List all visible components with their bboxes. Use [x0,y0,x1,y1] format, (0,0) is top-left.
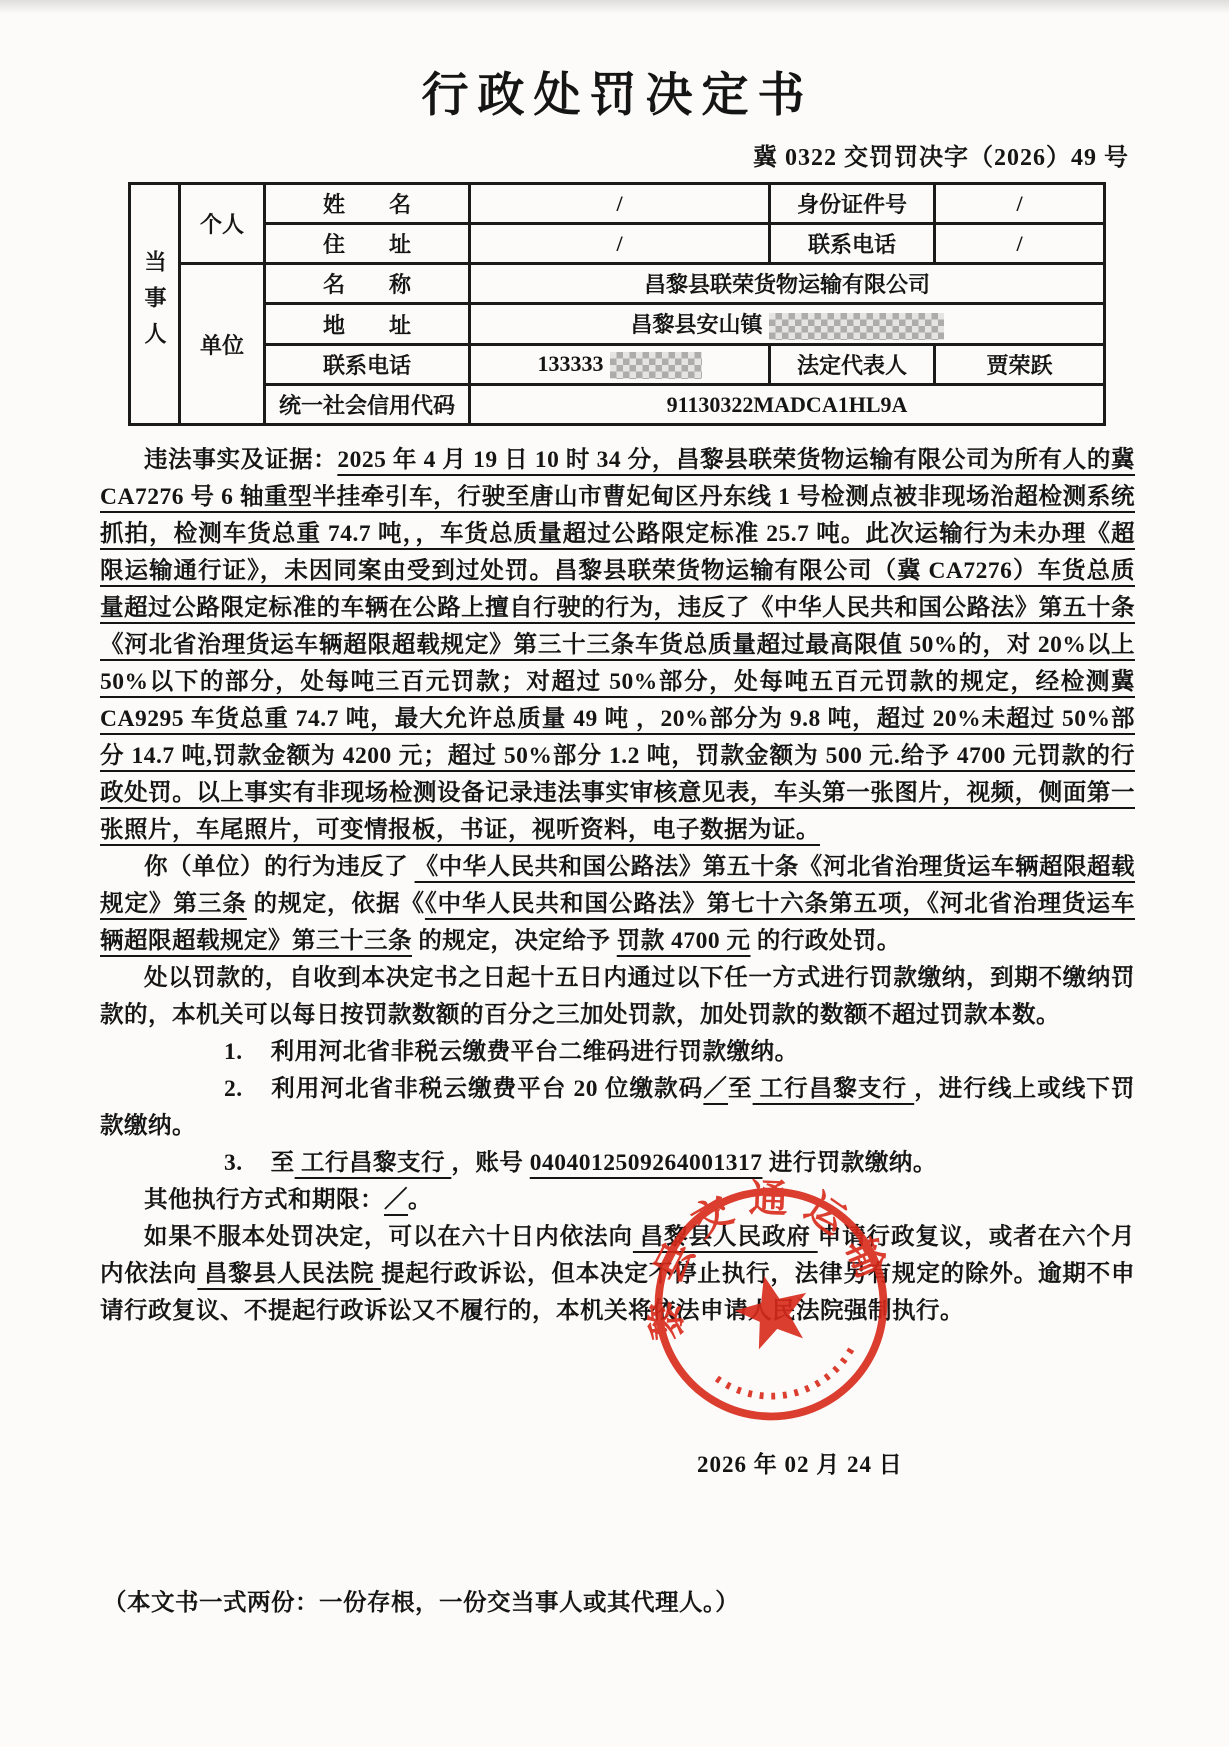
doc-number: 冀 0322 交罚罚决字（2026）49 号 [100,137,1135,172]
table-row: 联系电话 133333 法定代表人 贾荣跃 [130,345,1105,385]
list-number: 2. [162,1071,243,1108]
id-value-cell: / [935,184,1105,224]
table-row: 统一社会信用代码 91130322MADCA1HL9A [130,385,1105,425]
violation-paragraph: 你（单位）的行为违反了 《中华人民共和国公路法》第五十条《河北省治理货运车辆超限… [100,849,1135,960]
decision-date: 2026 年 02 月 24 日 [697,1446,903,1479]
name-value-cell: / [470,184,770,224]
other-methods-text: 。 [408,1187,432,1213]
violation-seg: 的规定，依据《 [247,891,425,917]
other-methods-paragraph: 其他执行方式和期限：／。 [100,1182,1135,1219]
table-row: 住 址 / 联系电话 / [130,224,1105,264]
payment-method-text: 进行罚款缴纳。 [763,1150,937,1176]
credit-code-value-cell: 91130322MADCA1HL9A [470,385,1105,425]
redaction-mosaic [769,313,944,340]
person-label-cell: 个人 [180,184,265,264]
party-label-cell: 当事人 [130,184,180,425]
list-number: 1. [162,1034,243,1071]
other-methods-label: 其他执行方式和期限： [144,1187,384,1213]
appeal-paragraph: 如果不服本处罚决定，可以在六十日内依法向 昌黎县人民政府 申请行政复议，或者在六… [100,1219,1135,1330]
unit-address-label-cell: 地 址 [265,304,470,345]
payment-method-2: 2.利用河北省非税云缴费平台 20 位缴款码／至 工行昌黎支行 ，进行线上或线下… [100,1071,1135,1145]
unit-phone-text: 133333 [538,351,604,376]
legal-rep-value-cell: 贾荣跃 [935,345,1105,385]
blank-slash: ／ [703,1076,728,1102]
facts-text: 2025 年 4 月 19 日 10 时 34 分，昌黎县联荣货物运输有限公司为… [100,447,1135,843]
violation-seg: 你（单位）的行为违反了 [144,854,415,880]
fine-amount: 罚款 4700 元 [617,928,751,954]
violation-seg: 的行政处罚。 [751,928,901,954]
payment-method-1: 1.利用河北省非税云缴费平台二维码进行罚款缴纳。 [100,1034,1135,1071]
unit-address-value-cell: 昌黎县安山镇 [470,304,1105,345]
legal-rep-label-cell: 法定代表人 [770,345,935,385]
penalty-decision-document: 行政处罚决定书 冀 0322 交罚罚决字（2026）49 号 当事人 个人 姓 … [0,0,1229,1747]
payment-method-text: ，账号 [451,1150,529,1176]
unit-name-value-cell: 昌黎县联荣货物运输有限公司 [470,264,1105,304]
credit-code-label-cell: 统一社会信用代码 [265,385,470,425]
review-authority: 昌黎县人民政府 [633,1224,818,1250]
phone-label-cell: 联系电话 [770,224,935,264]
phone-value-cell: / [935,224,1105,264]
violation-seg: 的规定，决定给予 [412,928,617,954]
payment-method-text: 至 [728,1076,753,1102]
list-number: 3. [162,1145,243,1182]
document-body: 违法事实及证据：2025 年 4 月 19 日 10 时 34 分，昌黎县联荣货… [100,442,1135,1330]
unit-name-label-cell: 名 称 [265,264,470,304]
party-info-table: 当事人 个人 姓 名 / 身份证件号 / 住 址 / 联系电话 / 单位 名 称… [128,182,1106,426]
id-label-cell: 身份证件号 [770,184,935,224]
bank-name: 工行昌黎支行 [753,1076,915,1102]
blank-slash: ／ [384,1187,408,1213]
unit-phone-value-cell: 133333 [470,345,770,385]
address-label-cell: 住 址 [265,224,470,264]
name-label-cell: 姓 名 [265,184,470,224]
payment-method-3: 3.至 工行昌黎支行 ，账号 0404012509264001317 进行罚款缴… [100,1145,1135,1182]
payment-method-text: 至 [271,1150,295,1176]
appeal-seg: 如果不服本处罚决定，可以在六十日内依法向 [144,1224,633,1250]
payment-method-text: 利用河北省非税云缴费平台二维码进行罚款缴纳。 [271,1039,799,1065]
facts-paragraph: 违法事实及证据：2025 年 4 月 19 日 10 时 34 分，昌黎县联荣货… [100,442,1135,849]
unit-label-cell: 单位 [180,264,265,425]
page-title: 行政处罚决定书 [100,58,1135,125]
table-row: 地 址 昌黎县安山镇 [130,304,1105,345]
table-row: 当事人 个人 姓 名 / 身份证件号 / [130,184,1105,224]
address-value-cell: / [470,224,770,264]
bank-account-number: 0404012509264001317 [530,1150,763,1176]
unit-phone-label-cell: 联系电话 [265,345,470,385]
court-name: 昌黎县人民法院 [197,1261,381,1287]
payment-intro-paragraph: 处以罚款的，自收到本决定书之日起十五日内通过以下任一方式进行罚款缴纳，到期不缴纳… [100,960,1135,1034]
unit-address-text: 昌黎县安山镇 [630,312,762,337]
redaction-mosaic [610,352,702,379]
bank-name: 工行昌黎支行 [295,1150,452,1176]
seal-code-dots [717,1344,862,1410]
copies-note: （本文书一式两份：一份存根，一份交当事人或其代理人。） [103,1583,739,1617]
table-row: 单位 名 称 昌黎县联荣货物运输有限公司 [130,264,1105,304]
facts-label: 违法事实及证据： [144,447,337,473]
scan-artifact [0,0,1229,14]
payment-method-text: 利用河北省非税云缴费平台 20 位缴款码 [271,1076,704,1102]
